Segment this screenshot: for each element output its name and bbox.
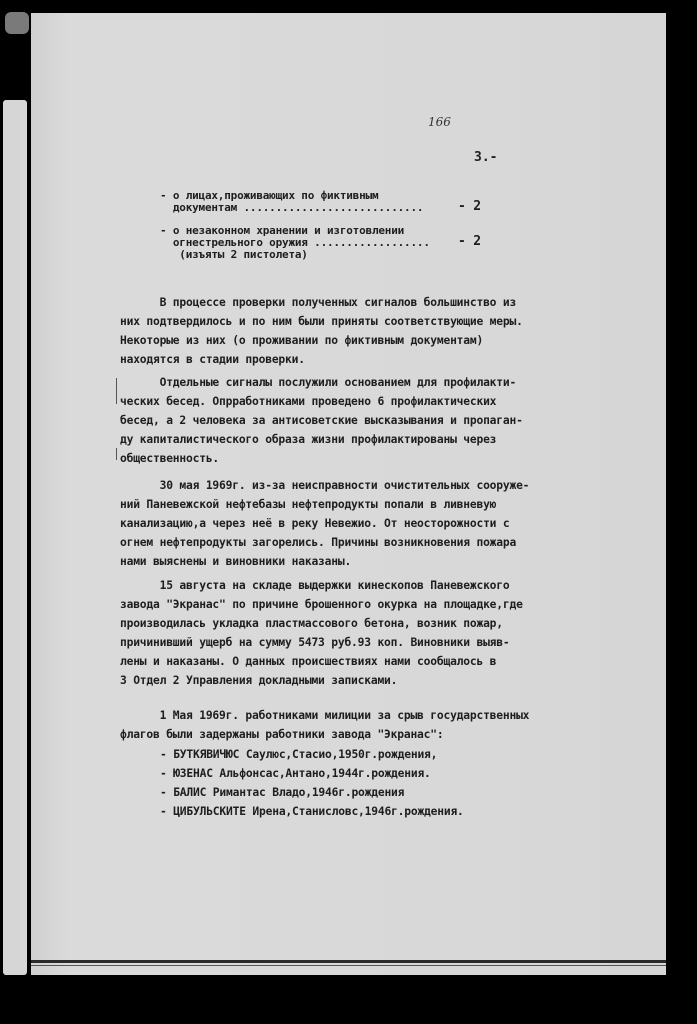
margin-mark xyxy=(116,448,117,460)
margin-mark xyxy=(116,378,117,404)
detained-persons-list: - БУТКЯВИЧЮС Саулюс,Стасио,1950г.рождени… xyxy=(160,745,464,821)
paragraph-oil-depot-incident: 30 мая 1969г. из-за неисправности очисти… xyxy=(120,476,570,571)
text-line: флагов были задержаны работники завода "… xyxy=(120,725,570,744)
text-line: находятся в стадии проверки. xyxy=(120,350,570,369)
paragraph-preventive-talks: Отдельные сигналы послужили основанием д… xyxy=(120,373,570,468)
text-line: Отдельные сигналы послужили основанием д… xyxy=(120,373,570,392)
list-item-fictitious-documents: - о лицах,проживающих по фиктивным докум… xyxy=(160,190,423,214)
text-line: бесед, а 2 человека за антисоветские выс… xyxy=(120,411,570,430)
text-line: ду капиталистического образа жизни профи… xyxy=(120,430,570,449)
text-line: огнем нефтепродукты загорелись. Причины … xyxy=(120,533,570,552)
list-count: - 2 xyxy=(458,197,481,216)
handwritten-folio-number: 166 xyxy=(428,115,451,129)
list-item: - ЮЗЕНАС Альфонсас,Антано,1944г.рождения… xyxy=(160,764,464,783)
page-number: 3.- xyxy=(474,150,497,165)
paragraph-factory-fire: 15 августа на складе выдержки кинескопов… xyxy=(120,576,570,690)
list-item-illegal-weapons: - о незаконном хранении и изготовлении о… xyxy=(160,225,430,261)
text-line: 30 мая 1969г. из-за неисправности очисти… xyxy=(120,476,570,495)
paragraph-may-day-detention: 1 Мая 1969г. работниками милиции за срыв… xyxy=(120,706,570,744)
list-item: - ЦИБУЛЬСКИТЕ Ирена,Станисловс,1946г.рож… xyxy=(160,802,464,821)
text-line: Некоторые из них (о проживании по фиктив… xyxy=(120,331,570,350)
text-line: ний Паневежской нефтебазы нефтепродукты … xyxy=(120,495,570,514)
film-edge-strip xyxy=(3,100,27,975)
page-bottom-border xyxy=(31,960,666,963)
list-count: - 2 xyxy=(458,232,481,251)
list-item: - БУТКЯВИЧЮС Саулюс,Стасио,1950г.рождени… xyxy=(160,745,464,764)
list-line: (изъяты 2 пистолета) xyxy=(160,249,430,261)
text-line: 3 Отдел 2 Управления докладными запискам… xyxy=(120,671,570,690)
text-line: общественность. xyxy=(120,449,570,468)
page-bottom-border-thin xyxy=(31,965,666,966)
text-line: причинивший ущерб на сумму 5473 руб.93 к… xyxy=(120,633,570,652)
list-item: - БАЛИС Римантас Владо,1946г.рождения xyxy=(160,783,464,802)
text-line: ческих бесед. Опрработниками проведено 6… xyxy=(120,392,570,411)
text-line: 15 августа на складе выдержки кинескопов… xyxy=(120,576,570,595)
text-line: 1 Мая 1969г. работниками милиции за срыв… xyxy=(120,706,570,725)
list-line: документам ............................ xyxy=(160,202,423,214)
text-line: канализацию,а через неё в реку Невежио. … xyxy=(120,514,570,533)
film-edge-top xyxy=(5,12,29,34)
text-line: нами выяснены и виновники наказаны. xyxy=(120,552,570,571)
text-line: них подтвердилось и по ним были приняты … xyxy=(120,312,570,331)
paragraph-signal-verification: В процессе проверки полученных сигналов … xyxy=(120,293,570,369)
text-line: В процессе проверки полученных сигналов … xyxy=(120,293,570,312)
text-line: лены и наказаны. О данных происшествиях … xyxy=(120,652,570,671)
text-line: производилась укладка пластмассового бет… xyxy=(120,614,570,633)
text-line: завода "Экранас" по причине брошенного о… xyxy=(120,595,570,614)
